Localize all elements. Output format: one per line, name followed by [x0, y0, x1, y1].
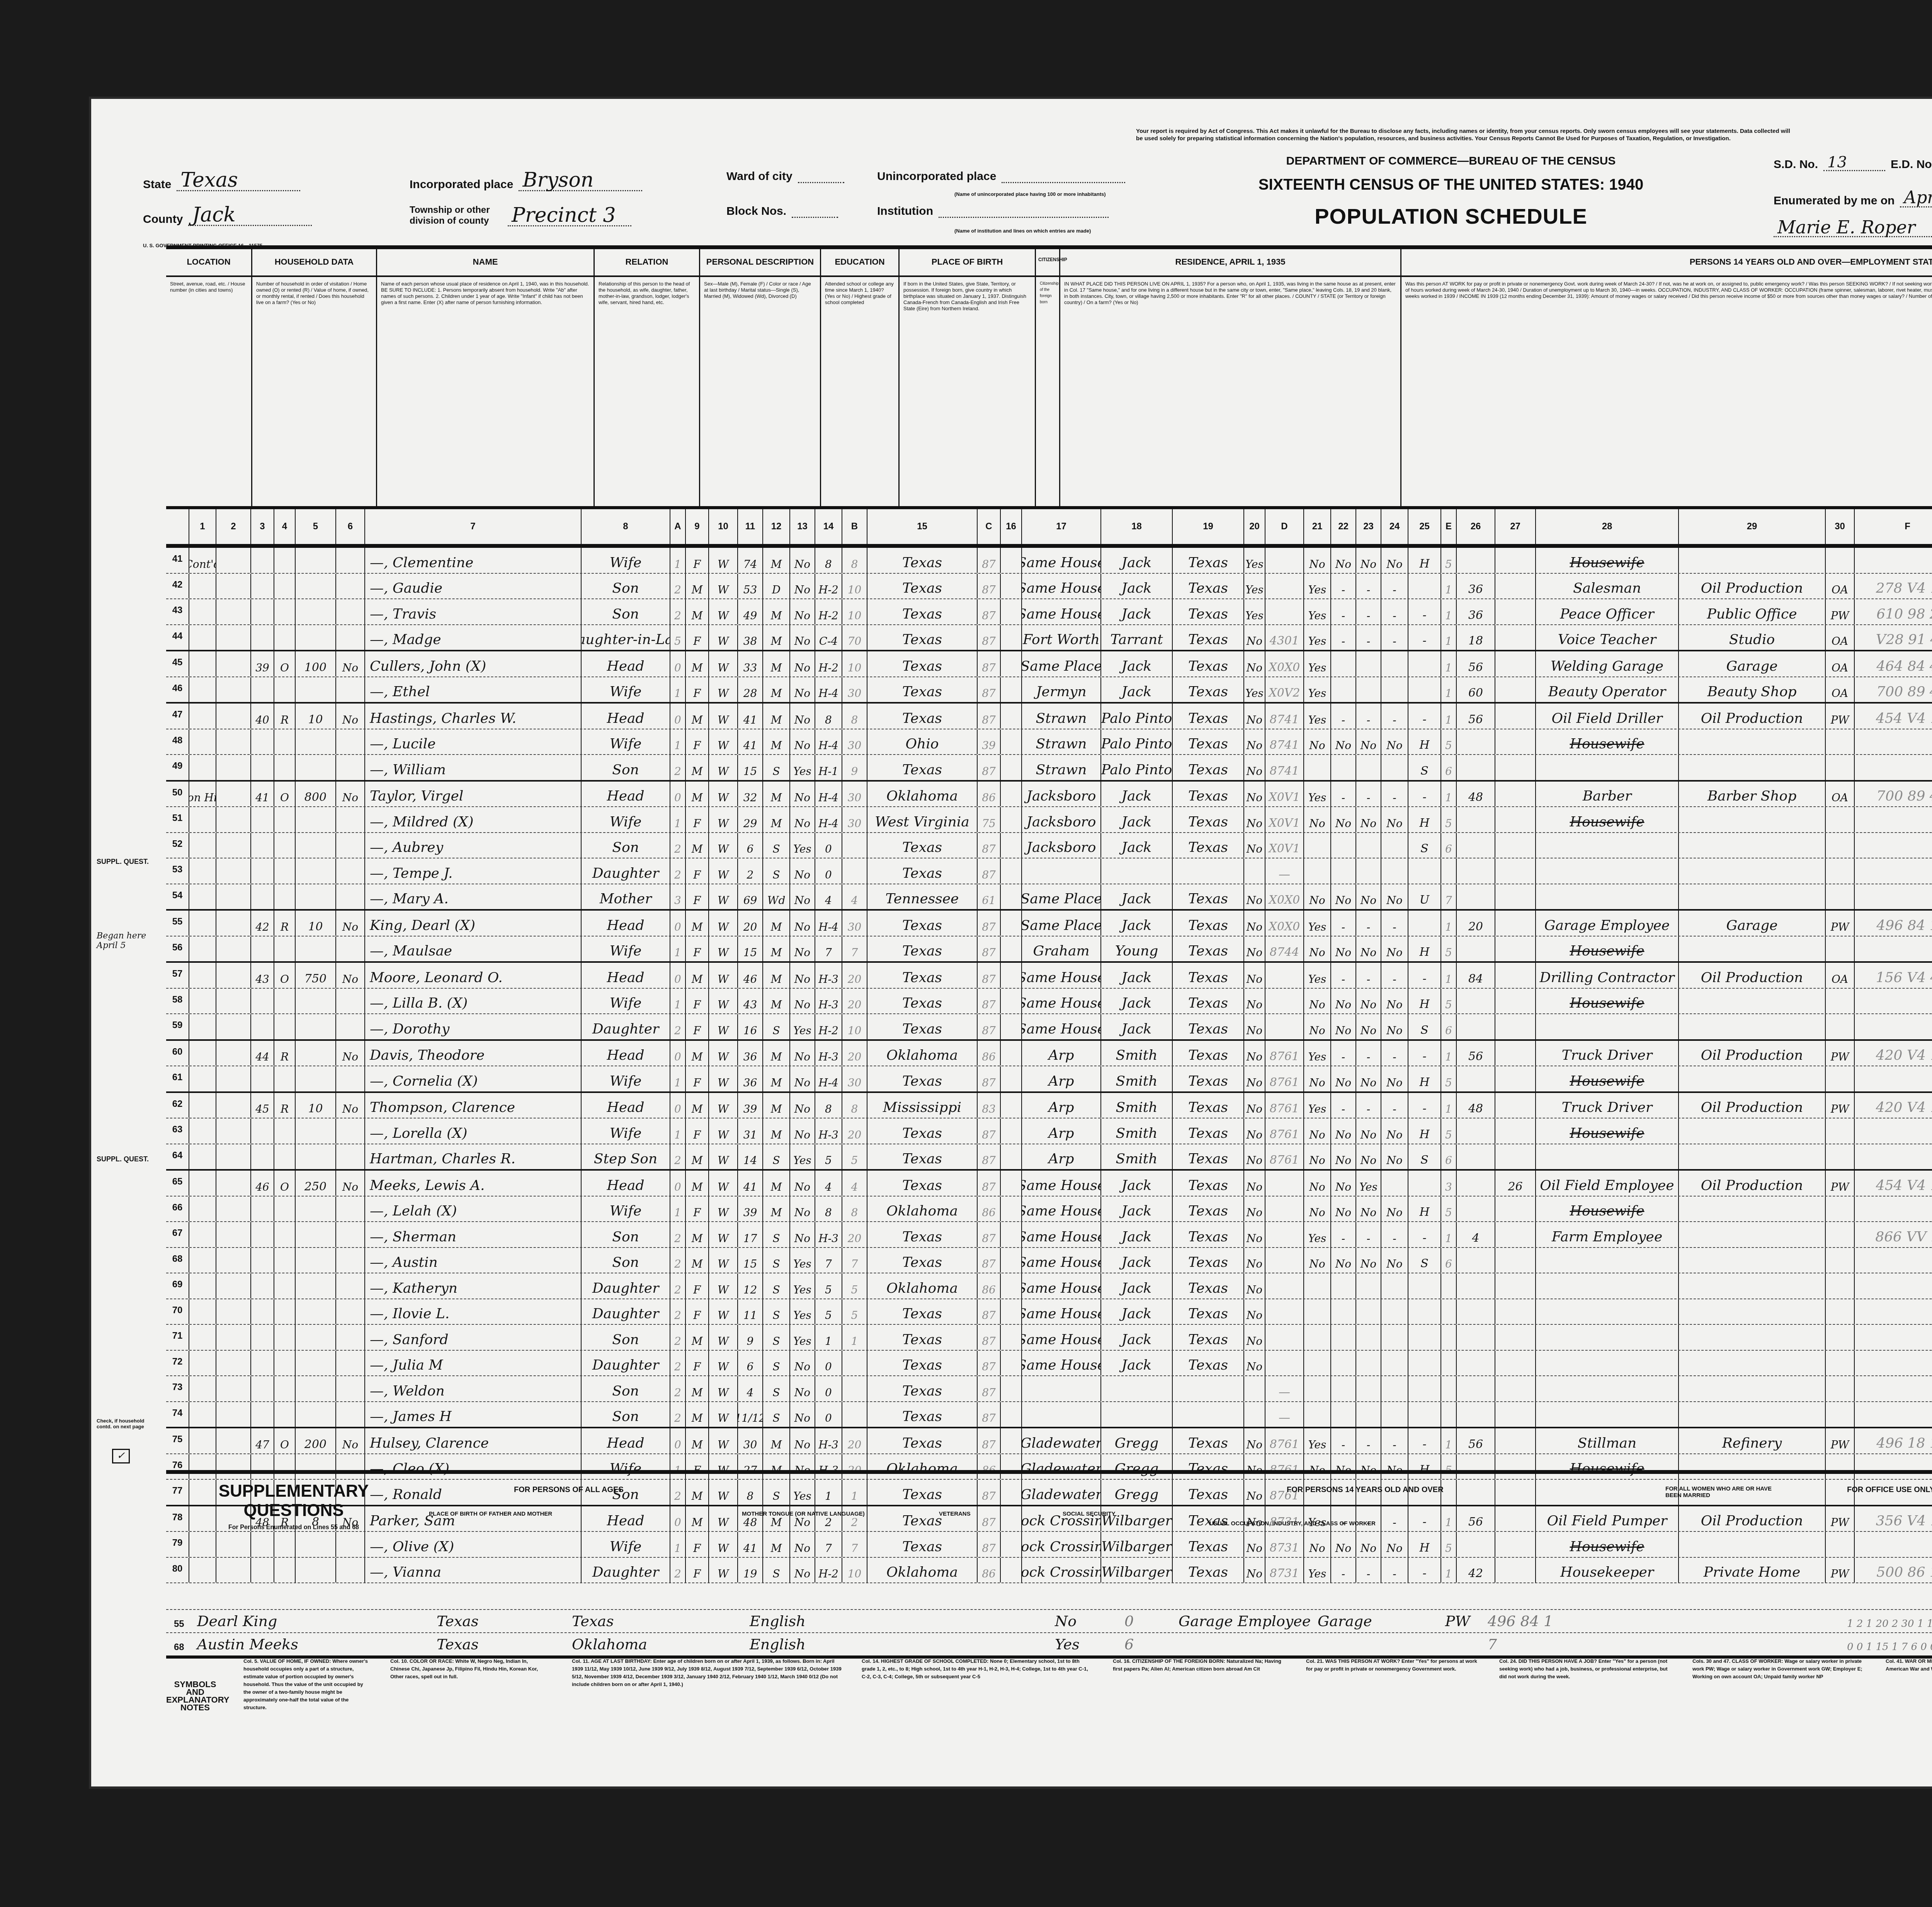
cell-cls	[1826, 1144, 1855, 1169]
cell-school: No	[790, 911, 815, 936]
cell-street	[189, 833, 216, 858]
column-numbers: 12345678A91011121314B15C1617181920D21222…	[166, 509, 1932, 548]
cell-res-farm: No	[1244, 1325, 1265, 1350]
cell-cls	[1826, 1222, 1855, 1247]
cell-codeD	[1265, 1273, 1304, 1299]
cell-industry	[1679, 1144, 1826, 1169]
cell-name: —, Dorothy	[365, 1014, 582, 1039]
section-birthplace: PLACE OF BIRTHIf born in the United Stat…	[900, 249, 1036, 506]
cell-codeC: 87	[978, 1066, 1001, 1091]
cell-birth: Texas	[867, 833, 978, 858]
cell-street	[189, 1171, 216, 1196]
cell-codeE: 5	[1441, 1066, 1457, 1091]
cell-house	[216, 1248, 251, 1273]
cell-value: 10	[296, 1093, 336, 1118]
cell-res-city: Jermyn	[1022, 677, 1101, 702]
cell-c25	[1408, 1376, 1441, 1401]
cell-c23	[1356, 833, 1381, 858]
cell-res-county: Jack	[1101, 1014, 1173, 1039]
cell-unemp	[1495, 651, 1536, 676]
cell-codeB: 20	[842, 1222, 867, 1247]
cell-unemp	[1495, 1093, 1536, 1118]
cell-unemp	[1495, 989, 1536, 1014]
cell-res-county: Jack	[1101, 651, 1173, 676]
column-number: 1	[189, 509, 216, 544]
cell-house	[216, 833, 251, 858]
cell-school: No	[790, 729, 815, 755]
cell-occupation	[1536, 1273, 1679, 1299]
cell-c23	[1356, 677, 1381, 702]
cell-school: No	[790, 677, 815, 702]
cell-value	[296, 625, 336, 650]
line-number: 71	[166, 1325, 189, 1350]
cell-birth: Texas	[867, 755, 978, 780]
cell-school: No	[790, 884, 815, 909]
cell-res-state	[1173, 858, 1244, 884]
cell-value	[296, 1248, 336, 1273]
cell-birth: Oklahoma	[867, 1197, 978, 1222]
cell-name: —, Lorella (X)	[365, 1118, 582, 1144]
table-row: 4740R10NoHastings, Charles W.Head0MW41MN…	[166, 704, 1932, 729]
incorporated-place-field: Incorporated place Bryson	[410, 170, 642, 191]
cell-race: W	[709, 1014, 738, 1039]
cell-c21	[1304, 1325, 1331, 1350]
cell-sex: F	[686, 1273, 709, 1299]
cell-farm	[336, 807, 365, 832]
cell-relation: Head	[582, 1428, 670, 1453]
column-number: 11	[738, 509, 763, 544]
cell-cls	[1826, 1299, 1855, 1324]
cell-grade: 0	[815, 1376, 842, 1401]
cell-marital: M	[763, 599, 790, 624]
cell-c25: U	[1408, 884, 1441, 909]
cell-farm	[336, 625, 365, 650]
cell-farm	[336, 1248, 365, 1273]
cell-school: Yes	[790, 1248, 815, 1273]
cell-codeC: 87	[978, 625, 1001, 650]
cell-occupation	[1536, 1248, 1679, 1273]
cell-age: 6	[738, 833, 763, 858]
cell-age: 16	[738, 1014, 763, 1039]
cell-codeF	[1855, 989, 1932, 1014]
cell-hours	[1457, 1248, 1495, 1273]
supp-tongue: English	[750, 1613, 806, 1630]
cell-res-county: Jack	[1101, 989, 1173, 1014]
cell-res-state: Texas	[1173, 782, 1244, 807]
cell-marital: Wd	[763, 884, 790, 909]
cell-own: O	[274, 1428, 296, 1453]
cell-age: 46	[738, 963, 763, 988]
cell-c22	[1331, 651, 1356, 676]
cell-codeA: 2	[670, 1325, 686, 1350]
cell-unemp	[1495, 833, 1536, 858]
cell-sex: F	[686, 937, 709, 962]
cell-c21: Yes	[1304, 1222, 1331, 1247]
cell-relation: Daughter	[582, 1299, 670, 1324]
cell-codeC: 86	[978, 1197, 1001, 1222]
cell-street: Bryson Hi way	[189, 782, 216, 807]
cell-occupation	[1536, 833, 1679, 858]
cell-sex: F	[686, 1197, 709, 1222]
cell-codeC: 87	[978, 937, 1001, 962]
cell-marital: M	[763, 1066, 790, 1091]
cell-marital: M	[763, 782, 790, 807]
cell-value: 10	[296, 911, 336, 936]
cell-codeC: 75	[978, 807, 1001, 832]
cell-name: Moore, Leonard O.	[365, 963, 582, 988]
column-number: 9	[686, 509, 709, 544]
cell-grade: H-2	[815, 574, 842, 599]
cell-marital: M	[763, 1093, 790, 1118]
cell-birth: Texas	[867, 1118, 978, 1144]
cell-own	[274, 858, 296, 884]
cell-cls	[1826, 1376, 1855, 1401]
cell-street	[189, 1248, 216, 1273]
cell-occupation	[1536, 1144, 1679, 1169]
cell-street	[189, 1299, 216, 1324]
cell-c24: -	[1381, 911, 1408, 936]
cell-industry: Oil Production	[1679, 574, 1826, 599]
cell-cit	[1001, 574, 1022, 599]
line-number: 60	[166, 1041, 189, 1066]
cell-unemp	[1495, 599, 1536, 624]
cell-industry	[1679, 1376, 1826, 1401]
cell-occupation	[1536, 1014, 1679, 1039]
cell-house	[216, 1014, 251, 1039]
cell-unemp	[1495, 1014, 1536, 1039]
cell-codeB: 30	[842, 911, 867, 936]
cell-birth: Mississippi	[867, 1093, 978, 1118]
cell-c23	[1356, 1273, 1381, 1299]
cell-marital: M	[763, 677, 790, 702]
cell-hours: 18	[1457, 625, 1495, 650]
section-education: EDUCATIONAttended school or college any …	[821, 249, 900, 506]
cell-industry: Garage	[1679, 651, 1826, 676]
cell-cls	[1826, 755, 1855, 780]
cell-occupation: Housewife	[1536, 989, 1679, 1014]
cell-name: —, Travis	[365, 599, 582, 624]
suppl-quest-marker-left-68: SUPPL. QUEST.	[97, 1155, 149, 1163]
cell-cls: OA	[1826, 651, 1855, 676]
cell-industry: Studio	[1679, 625, 1826, 650]
cell-c21: Yes	[1304, 599, 1331, 624]
cell-res-farm: No	[1244, 884, 1265, 909]
cell-codeA: 0	[670, 963, 686, 988]
cell-codeF	[1855, 858, 1932, 884]
cell-codeD	[1265, 989, 1304, 1014]
cell-race: W	[709, 1041, 738, 1066]
cell-value	[296, 1351, 336, 1376]
cell-sex: F	[686, 729, 709, 755]
cell-c24: No	[1381, 1248, 1408, 1273]
column-number: 23	[1356, 509, 1381, 544]
cell-codeB: 10	[842, 651, 867, 676]
cell-res-county: Palo Pinto	[1101, 729, 1173, 755]
cell-res-farm: No	[1244, 833, 1265, 858]
cell-sex: M	[686, 1402, 709, 1427]
cell-name: —, Gaudie	[365, 574, 582, 599]
cell-street: Cont'd	[189, 548, 216, 573]
cell-own	[274, 1273, 296, 1299]
cell-codeB: 20	[842, 1428, 867, 1453]
cell-value	[296, 1325, 336, 1350]
cell-grade: H-3	[815, 989, 842, 1014]
cell-grade: 0	[815, 833, 842, 858]
cell-sex: M	[686, 704, 709, 729]
cell-res-farm: No	[1244, 937, 1265, 962]
cell-cls	[1826, 1014, 1855, 1039]
cell-sex: M	[686, 1428, 709, 1453]
line-number: 74	[166, 1402, 189, 1427]
cell-c24	[1381, 1273, 1408, 1299]
cell-hh	[251, 625, 274, 650]
cell-marital: S	[763, 1014, 790, 1039]
cell-race: W	[709, 1428, 738, 1453]
cell-c25: H	[1408, 937, 1441, 962]
cell-hours	[1457, 1351, 1495, 1376]
cell-c21: Yes	[1304, 677, 1331, 702]
cell-relation: Wife	[582, 937, 670, 962]
cell-grade: 8	[815, 704, 842, 729]
cell-street	[189, 1144, 216, 1169]
supp-ss-deduct: 0	[1124, 1613, 1134, 1630]
cell-res-state: Texas	[1173, 1299, 1244, 1324]
cell-birth: Texas	[867, 1144, 978, 1169]
cell-relation: Son	[582, 833, 670, 858]
cell-own	[274, 1144, 296, 1169]
cell-codeA: 0	[670, 1093, 686, 1118]
cell-age: 14	[738, 1144, 763, 1169]
cell-relation: Son	[582, 574, 670, 599]
cell-hours: 4	[1457, 1222, 1495, 1247]
cell-name: —, Lilla B. (X)	[365, 989, 582, 1014]
cell-race: W	[709, 989, 738, 1014]
cell-street	[189, 1376, 216, 1401]
cell-res-county	[1101, 1376, 1173, 1401]
cell-cit	[1001, 599, 1022, 624]
cell-res-farm: No	[1244, 1351, 1265, 1376]
cell-codeD	[1265, 1299, 1304, 1324]
cell-cls: PW	[1826, 1171, 1855, 1196]
cell-res-state: Texas	[1173, 1351, 1244, 1376]
cell-codeD: —	[1265, 1376, 1304, 1401]
cell-occupation: Housewife	[1536, 937, 1679, 962]
cell-codeA: 1	[670, 989, 686, 1014]
cell-race: W	[709, 1402, 738, 1427]
cell-res-city	[1022, 858, 1101, 884]
cell-race: W	[709, 1144, 738, 1169]
line-number: 62	[166, 1093, 189, 1118]
cell-name: Hastings, Charles W.	[365, 704, 582, 729]
line-number: 75	[166, 1428, 189, 1453]
household-continued-checkbox[interactable]: ✓	[112, 1449, 130, 1463]
cell-codeF	[1855, 1248, 1932, 1273]
cell-cls	[1826, 884, 1855, 909]
cell-c22	[1331, 1299, 1356, 1324]
cell-age: 36	[738, 1066, 763, 1091]
cell-res-farm: No	[1244, 1118, 1265, 1144]
page-title: POPULATION SCHEDULE	[1209, 204, 1692, 229]
column-number: 19	[1173, 509, 1244, 544]
cell-hh	[251, 937, 274, 962]
cell-cit	[1001, 1093, 1022, 1118]
cell-own	[274, 1351, 296, 1376]
cell-school: No	[790, 937, 815, 962]
cell-codeA: 1	[670, 677, 686, 702]
cell-res-city: Same House	[1022, 1351, 1101, 1376]
cell-res-state: Texas	[1173, 677, 1244, 702]
cell-occupation: Housewife	[1536, 1118, 1679, 1144]
cell-res-state: Texas	[1173, 937, 1244, 962]
cell-res-state: Texas	[1173, 963, 1244, 988]
cell-res-farm: No	[1244, 1144, 1265, 1169]
cell-name: —, William	[365, 755, 582, 780]
cell-res-state: Texas	[1173, 1325, 1244, 1350]
cell-industry: Oil Production	[1679, 1041, 1826, 1066]
cell-school: No	[790, 651, 815, 676]
line-number: 41	[166, 548, 189, 573]
cell-c21: No	[1304, 1171, 1331, 1196]
cell-sex: F	[686, 548, 709, 573]
cell-c23	[1356, 1402, 1381, 1427]
cell-hh	[251, 1197, 274, 1222]
line-number: 57	[166, 963, 189, 988]
cell-res-farm: No	[1244, 755, 1265, 780]
cell-value	[296, 1273, 336, 1299]
cell-c22: No	[1331, 1248, 1356, 1273]
cell-occupation: Housewife	[1536, 548, 1679, 573]
cell-farm: No	[336, 1171, 365, 1196]
cell-race: W	[709, 1325, 738, 1350]
cell-unemp	[1495, 548, 1536, 573]
cell-c22: No	[1331, 729, 1356, 755]
cell-school: Yes	[790, 1325, 815, 1350]
cell-unemp	[1495, 911, 1536, 936]
cell-race: W	[709, 1093, 738, 1118]
cell-industry: Oil Production	[1679, 704, 1826, 729]
cell-res-county	[1101, 858, 1173, 884]
cell-house	[216, 548, 251, 573]
cell-cit	[1001, 1197, 1022, 1222]
cell-cls: OA	[1826, 677, 1855, 702]
cell-c25	[1408, 677, 1441, 702]
cell-marital: M	[763, 1041, 790, 1066]
cell-c25: -	[1408, 782, 1441, 807]
cell-name: —, Sanford	[365, 1325, 582, 1350]
cell-unemp	[1495, 1299, 1536, 1324]
cell-relation: Wife	[582, 548, 670, 573]
cell-unemp	[1495, 782, 1536, 807]
cell-age: 41	[738, 704, 763, 729]
cell-school: No	[790, 807, 815, 832]
cell-res-state: Texas	[1173, 1171, 1244, 1196]
section-household: HOUSEHOLD DATANumber of household in ord…	[252, 249, 377, 506]
cell-marital: M	[763, 704, 790, 729]
cell-own	[274, 755, 296, 780]
cell-res-state: Texas	[1173, 755, 1244, 780]
cell-cls: PW	[1826, 1428, 1855, 1453]
cell-hh	[251, 807, 274, 832]
cell-street	[189, 599, 216, 624]
cell-race: W	[709, 911, 738, 936]
cell-codeB: 5	[842, 1299, 867, 1324]
cell-codeB: 5	[842, 1144, 867, 1169]
line-number: 55	[166, 911, 189, 936]
cell-codeE: 1	[1441, 1041, 1457, 1066]
cell-industry	[1679, 833, 1826, 858]
cell-codeA: 2	[670, 833, 686, 858]
cell-hh: 44	[251, 1041, 274, 1066]
cell-industry: Barber Shop	[1679, 782, 1826, 807]
cell-cit	[1001, 1273, 1022, 1299]
cell-street	[189, 1041, 216, 1066]
cell-unemp	[1495, 677, 1536, 702]
cell-race: W	[709, 677, 738, 702]
cell-codeF: 278 V4 1	[1855, 574, 1932, 599]
cell-street	[189, 677, 216, 702]
cell-farm	[336, 1222, 365, 1247]
cell-codeD: —	[1265, 1402, 1304, 1427]
cell-value	[296, 1144, 336, 1169]
cell-race: W	[709, 1197, 738, 1222]
cell-industry: Oil Production	[1679, 1093, 1826, 1118]
cell-name: King, Dearl (X)	[365, 911, 582, 936]
cell-c21: No	[1304, 1118, 1331, 1144]
cell-res-farm: No	[1244, 1248, 1265, 1273]
cell-occupation: Oil Field Employee	[1536, 1171, 1679, 1196]
cell-age: 38	[738, 625, 763, 650]
cell-marital: M	[763, 548, 790, 573]
cell-grade: H-3	[815, 963, 842, 988]
cell-c23: No	[1356, 1197, 1381, 1222]
cell-c23	[1356, 858, 1381, 884]
table-row: 58—, Lilla B. (X)Wife1FW43MNoH-320Texas8…	[166, 989, 1932, 1015]
cell-res-county: Jack	[1101, 963, 1173, 988]
cell-c23: No	[1356, 807, 1381, 832]
cell-res-farm	[1244, 1376, 1265, 1401]
cell-hh	[251, 1118, 274, 1144]
cell-relation: Daughter	[582, 1014, 670, 1039]
cell-hours: 56	[1457, 651, 1495, 676]
cell-age: 53	[738, 574, 763, 599]
cell-sex: F	[686, 625, 709, 650]
cell-value	[296, 1376, 336, 1401]
cell-farm	[336, 1144, 365, 1169]
cell-name: —, Austin	[365, 1248, 582, 1273]
cell-res-farm: No	[1244, 1014, 1265, 1039]
cell-hours	[1457, 937, 1495, 962]
cell-industry	[1679, 548, 1826, 573]
cell-grade: 4	[815, 1171, 842, 1196]
cell-c24	[1381, 651, 1408, 676]
cell-school: No	[790, 599, 815, 624]
cell-codeF	[1855, 1144, 1932, 1169]
cell-codeC: 87	[978, 1171, 1001, 1196]
cell-res-city: Same Place	[1022, 651, 1101, 676]
cell-c25: -	[1408, 1222, 1441, 1247]
cell-codeE: 3	[1441, 1171, 1457, 1196]
line-number: 54	[166, 884, 189, 909]
cell-hh	[251, 1222, 274, 1247]
cell-codeA: 2	[670, 1376, 686, 1401]
cell-codeD: X0X0	[1265, 884, 1304, 909]
cell-farm: No	[336, 651, 365, 676]
cell-occupation	[1536, 1351, 1679, 1376]
cell-school: Yes	[790, 755, 815, 780]
cell-race: W	[709, 1299, 738, 1324]
cell-codeB: 30	[842, 729, 867, 755]
cell-race: W	[709, 574, 738, 599]
